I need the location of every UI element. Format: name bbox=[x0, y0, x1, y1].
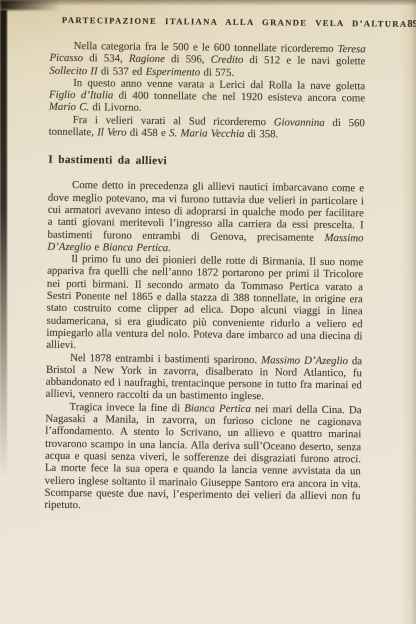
ship-name: Esperimento bbox=[146, 65, 201, 78]
text-segment: di 358. bbox=[244, 128, 278, 140]
ship-name: Giovannina bbox=[274, 116, 325, 129]
section-heading: I bastimenti da allievi bbox=[48, 154, 364, 170]
page-number: 89 bbox=[407, 19, 416, 30]
ship-name: S. Maria Vecchia bbox=[169, 127, 244, 140]
text-segment: e bbox=[91, 241, 103, 253]
page-body: Nella categoria fra le 500 e le 600 tonn… bbox=[44, 40, 365, 515]
ship-name: Mario C. bbox=[49, 101, 89, 113]
top-edge-shadow bbox=[0, 0, 416, 6]
ship-name: Ragione bbox=[129, 53, 165, 65]
ship-name: Figlio d’Italia bbox=[49, 89, 113, 102]
paragraph: Tragica invece la fine di Bianca Pertica… bbox=[44, 400, 361, 514]
text-segment: di 458 e bbox=[126, 127, 169, 139]
text-segment: di 400 tonnellate che nel 1920 esisteva … bbox=[113, 90, 365, 105]
paragraph: Nel 1878 entrambi i bastimenti sparirono… bbox=[46, 351, 363, 404]
text-segment: di Livorno. bbox=[89, 102, 142, 115]
paragraph: In questo anno venne varata a Lerici dal… bbox=[49, 77, 365, 117]
page-header: PARTECIPAZIONE ITALIANA ALLA GRANDE VELA… bbox=[50, 15, 366, 30]
ship-name: Massimo D’Azeglio bbox=[261, 354, 348, 367]
text-block: PARTECIPAZIONE ITALIANA ALLA GRANDE VELA… bbox=[44, 15, 366, 515]
text-segment: di 575. bbox=[200, 66, 234, 78]
text-segment: di 512 e le navi golette bbox=[243, 54, 365, 67]
text-segment: di 596, bbox=[165, 53, 211, 66]
ship-name: Bianca Pertica bbox=[102, 241, 168, 254]
left-edge-shadow bbox=[0, 10, 7, 480]
text-segment: di 537 ed bbox=[98, 65, 146, 78]
top-left-corner-shadow bbox=[0, 0, 60, 10]
text-segment: di 534, bbox=[83, 52, 129, 65]
paragraph: Come detto in precedenza gli allievi nau… bbox=[47, 179, 364, 256]
text-segment: Tragica invece la fine di bbox=[69, 401, 184, 414]
paragraph: Fra i velieri varati al Sud ricorderemo … bbox=[49, 114, 365, 142]
text-segment: Come detto in precedenza gli allievi nau… bbox=[47, 179, 364, 243]
text-segment: nei mari della Cina. Da Nagasaki a Manil… bbox=[44, 403, 361, 511]
ship-name: Credito bbox=[211, 54, 244, 66]
scanned-book-page: PARTECIPAZIONE ITALIANA ALLA GRANDE VELA… bbox=[0, 0, 416, 624]
text-segment: . bbox=[168, 242, 171, 254]
text-segment: Il primo fu uno dei pionieri delle rotte… bbox=[46, 253, 363, 351]
ship-name: Il Vero bbox=[97, 126, 126, 138]
paragraph: Il primo fu uno dei pionieri delle rotte… bbox=[46, 253, 363, 355]
ship-name: Bianca Pertica bbox=[184, 402, 251, 415]
ship-name: Sollecito II bbox=[49, 64, 97, 77]
running-title: PARTECIPAZIONE ITALIANA ALLA GRANDE VELA… bbox=[62, 15, 408, 29]
right-edge-shadow bbox=[400, 0, 416, 624]
paragraph: Nella categoria fra le 500 e le 600 tonn… bbox=[49, 40, 365, 80]
